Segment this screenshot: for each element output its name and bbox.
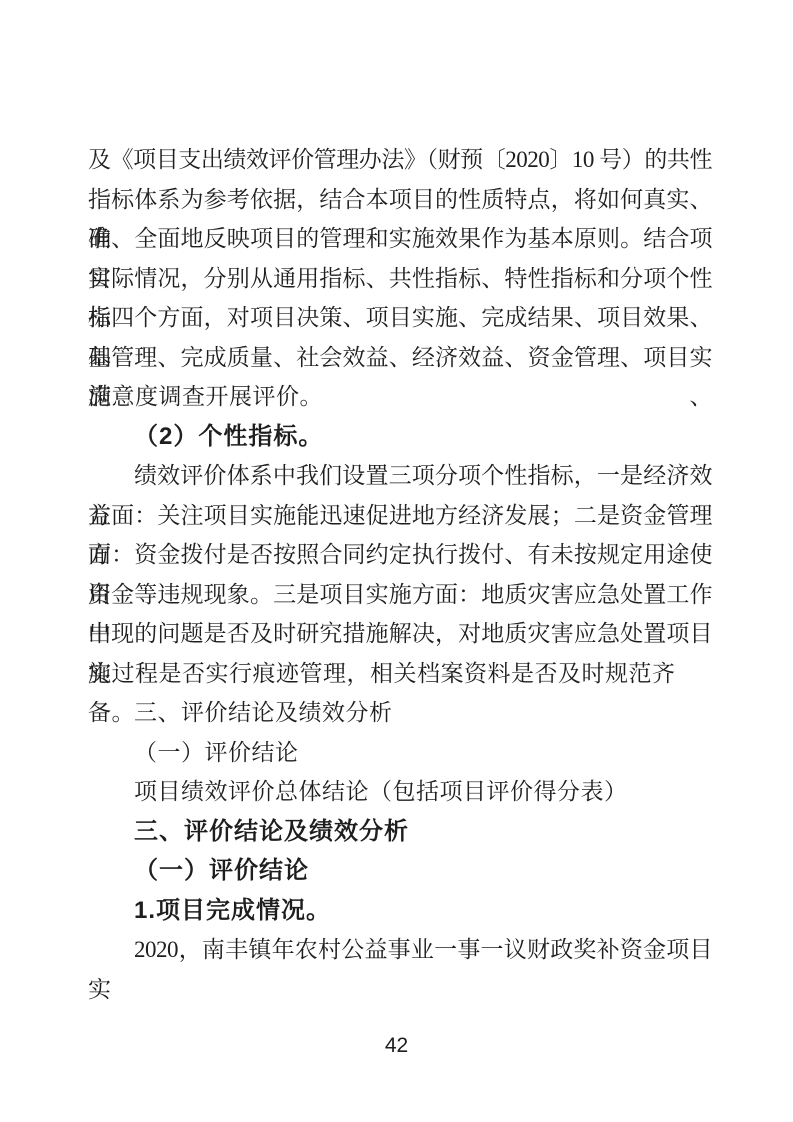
text-line: 实际情况，分别从通用指标、共性指标、特性指标和分项个性指: [88, 259, 712, 299]
heading-personality-indicators: （2）个性指标。: [88, 417, 712, 457]
item-heading-bold: 1.项目完成情况。: [88, 891, 712, 931]
text-line: 标四个方面，对项目决策、项目实施、完成结果、项目效果、基: [88, 298, 712, 338]
text-line: 础管理、完成质量、社会效益、经济效益、资金管理、项目实施、: [88, 338, 712, 378]
page-number: 42: [385, 1034, 408, 1057]
subsection-heading-bold: （一）评价结论: [88, 851, 712, 891]
document-page: 及《项目支出绩效评价管理办法》（财预〔2020〕10 号）的共性 指标体系为参考…: [0, 0, 793, 1122]
text-line: 方面：关注项目实施能迅速促进地方经济发展；二是资金管理方: [88, 496, 712, 536]
text-line: 指标体系为参考依据，结合本项目的性质特点，将如何真实、准: [88, 180, 712, 220]
text-line: 出现的问题是否及时研究措施解决，对地质灾害应急处置项目实: [88, 614, 712, 654]
page-footer: 42: [0, 1034, 793, 1058]
section-heading-bold: 三、评价结论及绩效分析: [88, 812, 712, 852]
subsection-heading-plain: （一）评价结论: [88, 733, 712, 773]
text-line: 及《项目支出绩效评价管理办法》（财预〔2020〕10 号）的共性: [88, 140, 712, 180]
text-line: 施过程是否实行痕迹管理，相关档案资料是否及时规范齐备。: [88, 654, 712, 694]
section-heading-plain: 三、评价结论及绩效分析: [88, 693, 712, 733]
text-line: 资金等违规现象。三是项目实施方面：地质灾害应急处置工作中: [88, 575, 712, 615]
text-line: 项目绩效评价总体结论（包括项目评价得分表）: [88, 772, 712, 812]
document-content: 及《项目支出绩效评价管理办法》（财预〔2020〕10 号）的共性 指标体系为参考…: [88, 140, 712, 970]
text-line: 面：资金拨付是否按照合同约定执行拨付、有未按规定用途使用: [88, 535, 712, 575]
text-line: 绩效评价体系中我们设置三项分项个性指标，一是经济效益: [88, 456, 712, 496]
text-line: 2020，南丰镇年农村公益事业一事一议财政奖补资金项目实: [88, 930, 712, 970]
text-line: 确、全面地反映项目的管理和实施效果作为基本原则。结合项目: [88, 219, 712, 259]
